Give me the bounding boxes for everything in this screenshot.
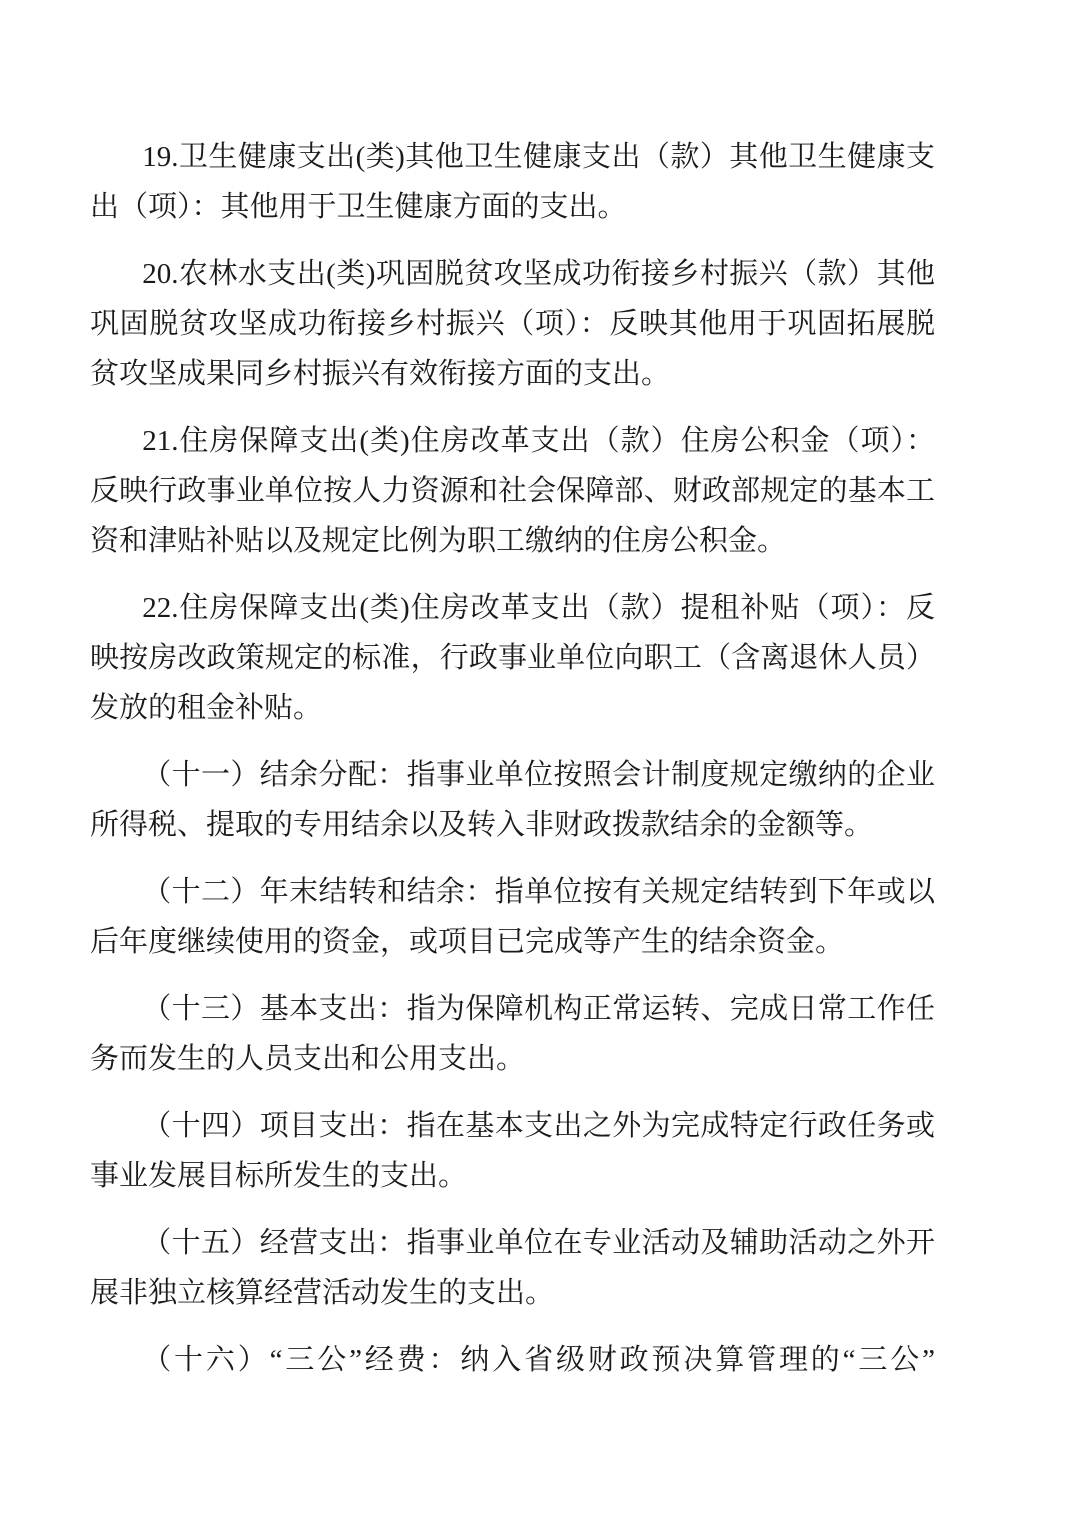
paragraph: （十五）经营支出：指事业单位在专业活动及辅助活动之外开展非独立核算经营活动发生的… (90, 1218, 935, 1318)
paragraph-line: 巩固脱贫攻坚成功衔接乡村振兴（项）：反映其他用于巩固拓展脱 (90, 299, 935, 349)
paragraph-line: （十六）“三公”经费：纳入省级财政预决算管理的“三公” (90, 1335, 935, 1385)
paragraph-line: 反映行政事业单位按人力资源和社会保障部、财政部规定的基本工 (90, 466, 935, 516)
paragraph-line: 映按房改政策规定的标准，行政事业单位向职工（含离退休人员） (90, 633, 935, 683)
paragraph-line: 22.住房保障支出(类)住房改革支出（款）提租补贴（项）：反 (90, 583, 935, 633)
paragraph: （十六）“三公”经费：纳入省级财政预决算管理的“三公” (90, 1335, 935, 1385)
document-page: 19.卫生健康支出(类)其他卫生健康支出（款）其他卫生健康支出（项）：其他用于卫… (0, 0, 1069, 1514)
paragraph-line: 21.住房保障支出(类)住房改革支出（款）住房公积金（项）： (90, 416, 935, 466)
paragraph: 19.卫生健康支出(类)其他卫生健康支出（款）其他卫生健康支出（项）：其他用于卫… (90, 132, 935, 232)
paragraph: （十三）基本支出：指为保障机构正常运转、完成日常工作任务而发生的人员支出和公用支… (90, 984, 935, 1084)
paragraph-line: 展非独立核算经营活动发生的支出。 (90, 1268, 935, 1318)
paragraph-line: 所得税、提取的专用结余以及转入非财政拨款结余的金额等。 (90, 800, 935, 850)
paragraph-line: 发放的租金补贴。 (90, 683, 935, 733)
paragraph-line: （十一）结余分配：指事业单位按照会计制度规定缴纳的企业 (90, 750, 935, 800)
paragraph-line: （十五）经营支出：指事业单位在专业活动及辅助活动之外开 (90, 1218, 935, 1268)
paragraph-line: 资和津贴补贴以及规定比例为职工缴纳的住房公积金。 (90, 516, 935, 566)
paragraph-line: 20.农林水支出(类)巩固脱贫攻坚成功衔接乡村振兴（款）其他 (90, 249, 935, 299)
paragraph-line: （十二）年末结转和结余：指单位按有关规定结转到下年或以 (90, 867, 935, 917)
paragraph: （十一）结余分配：指事业单位按照会计制度规定缴纳的企业所得税、提取的专用结余以及… (90, 750, 935, 850)
paragraph: 20.农林水支出(类)巩固脱贫攻坚成功衔接乡村振兴（款）其他巩固脱贫攻坚成功衔接… (90, 249, 935, 399)
paragraph: （十二）年末结转和结余：指单位按有关规定结转到下年或以后年度继续使用的资金，或项… (90, 867, 935, 967)
document-body: 19.卫生健康支出(类)其他卫生健康支出（款）其他卫生健康支出（项）：其他用于卫… (90, 132, 935, 1385)
paragraph-line: 事业发展目标所发生的支出。 (90, 1151, 935, 1201)
paragraph-line: （十三）基本支出：指为保障机构正常运转、完成日常工作任 (90, 984, 935, 1034)
paragraph-line: 后年度继续使用的资金，或项目已完成等产生的结余资金。 (90, 917, 935, 967)
paragraph-line: （十四）项目支出：指在基本支出之外为完成特定行政任务或 (90, 1101, 935, 1151)
paragraph: 22.住房保障支出(类)住房改革支出（款）提租补贴（项）：反映按房改政策规定的标… (90, 583, 935, 733)
paragraph-line: 务而发生的人员支出和公用支出。 (90, 1034, 935, 1084)
paragraph-line: 贫攻坚成果同乡村振兴有效衔接方面的支出。 (90, 349, 935, 399)
paragraph: （十四）项目支出：指在基本支出之外为完成特定行政任务或事业发展目标所发生的支出。 (90, 1101, 935, 1201)
paragraph: 21.住房保障支出(类)住房改革支出（款）住房公积金（项）：反映行政事业单位按人… (90, 416, 935, 566)
paragraph-line: 19.卫生健康支出(类)其他卫生健康支出（款）其他卫生健康支 (90, 132, 935, 182)
paragraph-line: 出（项）：其他用于卫生健康方面的支出。 (90, 182, 935, 232)
